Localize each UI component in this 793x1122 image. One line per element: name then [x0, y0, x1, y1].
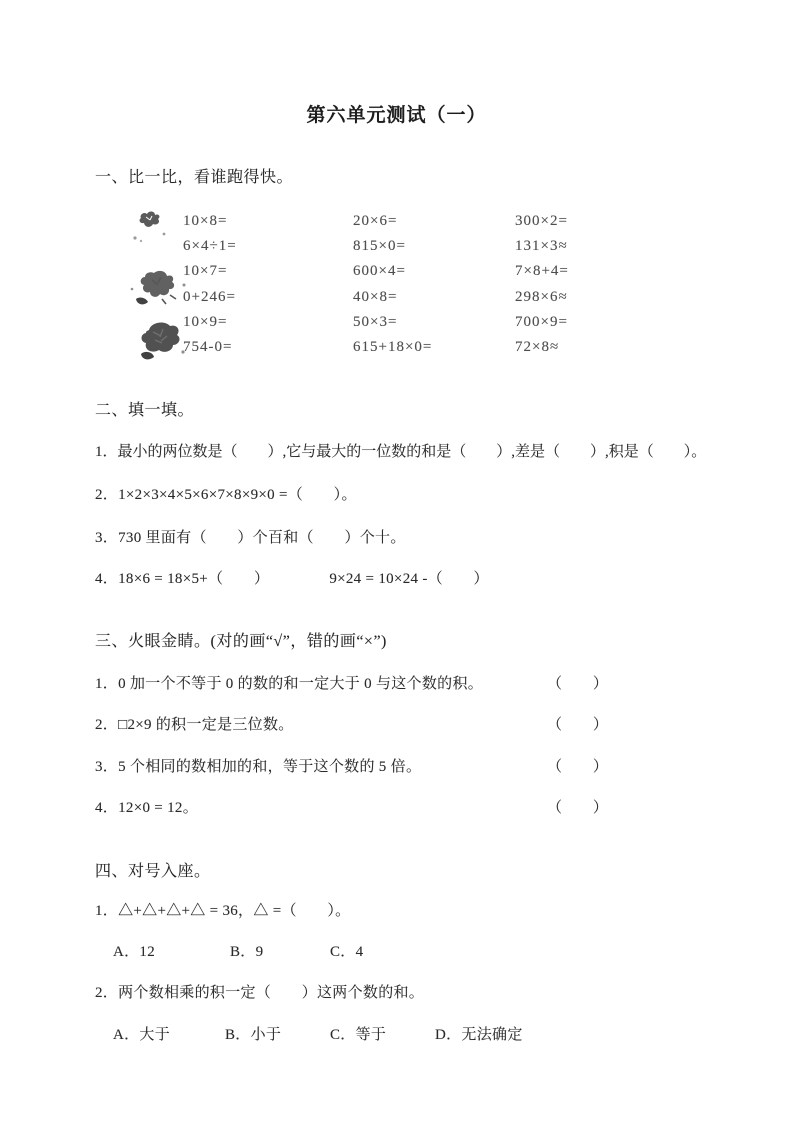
math-problem: 300×2=	[515, 209, 715, 234]
option-a: A．大于	[113, 1023, 225, 1044]
option-b: B．小于	[225, 1023, 330, 1044]
math-problem: 6×4÷1=	[183, 234, 353, 259]
judge-item-2: 2．□2×9 的积一定是三位数。 （ ）	[95, 713, 745, 734]
math-problem: 298×6≈	[515, 285, 715, 310]
section-2-heading: 二、填一填。	[95, 397, 194, 420]
bird-mascot-icon	[131, 210, 171, 244]
math-problem: 700×9=	[515, 310, 715, 335]
judge-item-4-text: 4．12×0 = 12。	[95, 800, 198, 816]
answer-bracket: （ ）	[547, 713, 608, 734]
choice-question-2-options: A．大于 B．小于 C．等于 D．无法确定	[95, 1023, 523, 1044]
choice-question-2: 2．两个数相乘的积一定（ ）这两个数的和。	[95, 981, 424, 1002]
math-problem: 10×9=	[183, 310, 353, 335]
option-c: C．等于	[330, 1023, 435, 1044]
fill-blank-item-4: 4．18×6 = 18×5+（ ） 9×24 = 10×24 -（ ）	[95, 567, 489, 588]
worksheet-page: 第六单元测试（一） 一、比一比，看谁跑得快。 10×8= 20×6= 300×2…	[0, 0, 793, 1122]
judge-item-2-text: 2．□2×9 的积一定是三位数。	[95, 717, 294, 733]
choice-question-1: 1．△+△+△+△ = 36，△ =（ ）。	[95, 899, 350, 920]
fill-blank-item-2: 2．1×2×3×4×5×6×7×8×9×0 =（ ）。	[95, 483, 357, 504]
judge-item-3: 3．5 个相同的数相加的和，等于这个数的 5 倍。 （ ）	[95, 755, 745, 776]
math-problem: 20×6=	[353, 209, 515, 234]
fill-blank-item-3: 3．730 里面有（ ）个百和（ ）个十。	[95, 526, 406, 547]
oral-math-grid: 10×8= 20×6= 300×2= 6×4÷1= 815×0= 131×3≈ …	[183, 209, 715, 360]
math-problem: 615+18×0=	[353, 335, 515, 360]
option-b: B．9	[230, 940, 330, 961]
option-a: A．12	[113, 940, 230, 961]
fill-blank-item-1: 1．最小的两位数是（ ）,它与最大的一位数的和是（ ）,差是（ ）,积是（ ）。	[95, 440, 706, 461]
option-c: C．4	[330, 940, 363, 961]
math-problem: 815×0=	[353, 234, 515, 259]
answer-bracket: （ ）	[547, 755, 608, 776]
fill-blank-item-4-equation-2: 9×24 = 10×24 -（ ）	[329, 567, 489, 588]
math-problem: 40×8=	[353, 285, 515, 310]
choice-question-1-options: A．12 B．9 C．4	[95, 940, 363, 961]
turtle-mascot-icon	[131, 312, 191, 362]
math-problem: 600×4=	[353, 259, 515, 284]
math-problem: 131×3≈	[515, 234, 715, 259]
answer-bracket: （ ）	[547, 672, 608, 693]
judge-item-4: 4．12×0 = 12。 （ ）	[95, 796, 745, 817]
section-1-heading: 一、比一比，看谁跑得快。	[95, 164, 293, 187]
fill-blank-item-4-equation-1: 4．18×6 = 18×5+（ ）	[95, 571, 269, 587]
option-d: D．无法确定	[435, 1023, 523, 1044]
math-problem: 10×7=	[183, 259, 353, 284]
math-problem: 0+246=	[183, 285, 353, 310]
math-problem: 72×8≈	[515, 335, 715, 360]
math-problem: 10×8=	[183, 209, 353, 234]
math-problem: 50×3=	[353, 310, 515, 335]
judge-item-3-text: 3．5 个相同的数相加的和，等于这个数的 5 倍。	[95, 759, 421, 775]
judge-item-1-text: 1．0 加一个不等于 0 的数的和一定大于 0 与这个数的积。	[95, 676, 483, 692]
answer-bracket: （ ）	[547, 796, 608, 817]
math-problem: 7×8+4=	[515, 259, 715, 284]
section-3-heading: 三、火眼金睛。(对的画“√”，错的画“×”)	[95, 628, 387, 651]
section-4-heading: 四、对号入座。	[95, 858, 211, 881]
judge-item-1: 1．0 加一个不等于 0 的数的和一定大于 0 与这个数的积。 （ ）	[95, 672, 745, 693]
math-problem: 754-0=	[183, 335, 353, 360]
page-title: 第六单元测试（一）	[0, 100, 793, 127]
